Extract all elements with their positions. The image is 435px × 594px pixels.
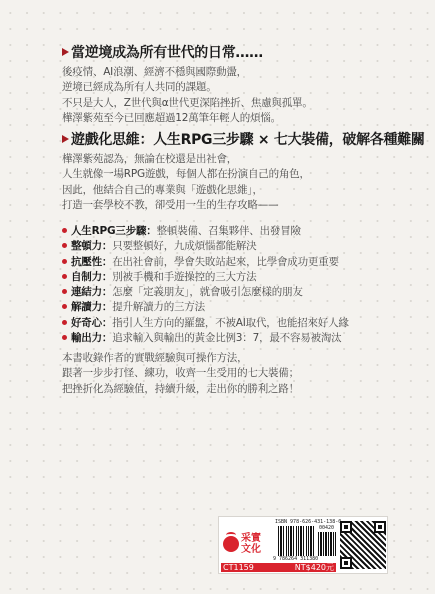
bullet-text: 怎麼「定義朋友」，就會吸引怎麼樣的朋友 (112, 286, 302, 298)
addon-barcode-icon (318, 532, 336, 556)
list-item: 整頓力：只要整頓好，九成煩惱都能解決 (62, 239, 349, 254)
list-item: 自制力：別被手機和手遊操控的三大方法 (62, 270, 349, 285)
price-addon-code: 00420 (319, 525, 334, 531)
bullet-text: 提升解讀力的三方法 (112, 301, 205, 313)
text-line: 因此，他結合自己的專業與「遊戲化思維」， (62, 183, 425, 198)
barcode-label: 采實文化 ISBN 978-626-431-138-0 00420 9 7862… (218, 516, 388, 574)
text-line: 人生就像一場RPG遊戲，每個人都在扮演自己的角色， (62, 167, 425, 182)
closing-paragraph: 本書收錄作者的實戰經驗與可操作方法， 跟著一步步打怪、練功，收齊一生受用的七大裝… (62, 351, 299, 397)
publisher-logo: 采實文化 (223, 531, 271, 561)
text-line: 本書收錄作者的實戰經驗與可操作方法， (62, 351, 299, 366)
text-line: 樺澤紫苑至今已回應超過12萬筆年輕人的煩惱。 (62, 111, 313, 126)
list-item: 好奇心：指引人生方向的羅盤，不被AI取代，也能招來好人緣 (62, 316, 349, 331)
bullet-label: 好奇心： (71, 317, 112, 329)
list-item: 人生RPG三步驟：整頓裝備、召集夥伴、出發冒險 (62, 224, 349, 239)
bullet-dot-icon (62, 274, 67, 279)
section-adversity: 當逆境成為所有世代的日常…… 後疫情、AI浪潮、經濟不穩與國際動盪， 逆境已經成… (62, 44, 313, 126)
bullet-label: 整頓力： (71, 240, 112, 252)
list-item: 輸出力：追求輸入與輸出的黃金比例3：7，最不容易被淘汰 (62, 331, 349, 346)
triangle-marker-icon (62, 135, 69, 143)
price-bar: CT1159 NT$420元 (221, 563, 336, 572)
bullet-label: 自制力： (71, 271, 112, 283)
bullet-dot-icon (62, 335, 67, 340)
text-line: 把挫折化為經驗值，持續升級，走出你的勝利之路！ (62, 382, 299, 397)
bullet-text: 整頓裝備、召集夥伴、出發冒險 (157, 225, 301, 237)
section-gamification: 遊戲化思維：人生RPG三步驟 × 七大裝備，破解各種難關 樺澤紫苑認為，無論在校… (62, 131, 425, 213)
apple-icon (223, 536, 239, 552)
headline-gamification: 遊戲化思維：人生RPG三步驟 × 七大裝備，破解各種難關 (62, 131, 425, 149)
bullet-dot-icon (62, 243, 67, 248)
text-line: 跟著一步步打怪、練功，收齊一生受用的七大裝備； (62, 366, 299, 381)
bullet-text: 只要整頓好，九成煩惱都能解決 (112, 240, 256, 252)
ean-barcode-icon (278, 526, 314, 556)
bullet-label: 人生RPG三步驟： (71, 225, 157, 237)
product-code: CT1159 (223, 563, 254, 572)
bullet-text: 在出社會前，學會失敗站起來，比學會成功更重要 (112, 256, 339, 268)
headline-adversity: 當逆境成為所有世代的日常…… (62, 44, 313, 62)
bullet-text: 追求輸入與輸出的黃金比例3：7，最不容易被淘汰 (112, 332, 341, 344)
bullet-label: 解讀力： (71, 301, 112, 313)
headline-text: 遊戲化思維：人生RPG三步驟 × 七大裝備，破解各種難關 (71, 132, 425, 148)
triangle-marker-icon (62, 48, 69, 56)
text-line: 後疫情、AI浪潮、經濟不穩與國際動盪， (62, 65, 313, 80)
equipment-list: 人生RPG三步驟：整頓裝備、召集夥伴、出發冒險 整頓力：只要整頓好，九成煩惱都能… (62, 224, 349, 346)
text-line: 打造一套學校不教，卻受用一生的生存攻略—— (62, 198, 425, 213)
text-line: 逆境已經成為所有人共同的課題。 (62, 80, 313, 95)
list-item: 解讀力：提升解讀力的三方法 (62, 300, 349, 315)
bullet-label: 輸出力： (71, 332, 112, 344)
text-line: 不只是大人，Z世代與α世代更深陷挫折、焦慮與孤單。 (62, 96, 313, 111)
bullet-text: 指引人生方向的羅盤，不被AI取代，也能招來好人緣 (112, 317, 348, 329)
gamification-paragraph: 樺澤紫苑認為，無論在校還是出社會， 人生就像一場RPG遊戲，每個人都在扮演自己的… (62, 152, 425, 213)
list-item: 連結力：怎麼「定義朋友」，就會吸引怎麼樣的朋友 (62, 285, 349, 300)
list-item: 抗壓性：在出社會前，學會失敗站起來，比學會成功更重要 (62, 255, 349, 270)
ean-digits: 9 786264 311380 (273, 556, 318, 562)
price: NT$420元 (295, 563, 334, 572)
bullet-dot-icon (62, 228, 67, 233)
bullet-dot-icon (62, 304, 67, 309)
bullet-text: 別被手機和手遊操控的三大方法 (112, 271, 256, 283)
qr-code-icon (340, 521, 386, 569)
bullet-label: 連結力： (71, 286, 112, 298)
bullet-dot-icon (62, 259, 67, 264)
publisher-name: 采實文化 (241, 533, 265, 555)
bullet-label: 抗壓性： (71, 256, 112, 268)
headline-text: 當逆境成為所有世代的日常…… (71, 45, 263, 61)
adversity-paragraph: 後疫情、AI浪潮、經濟不穩與國際動盪， 逆境已經成為所有人共同的課題。 不只是大… (62, 65, 313, 126)
bullet-dot-icon (62, 289, 67, 294)
text-line: 樺澤紫苑認為，無論在校還是出社會， (62, 152, 425, 167)
bullet-dot-icon (62, 320, 67, 325)
